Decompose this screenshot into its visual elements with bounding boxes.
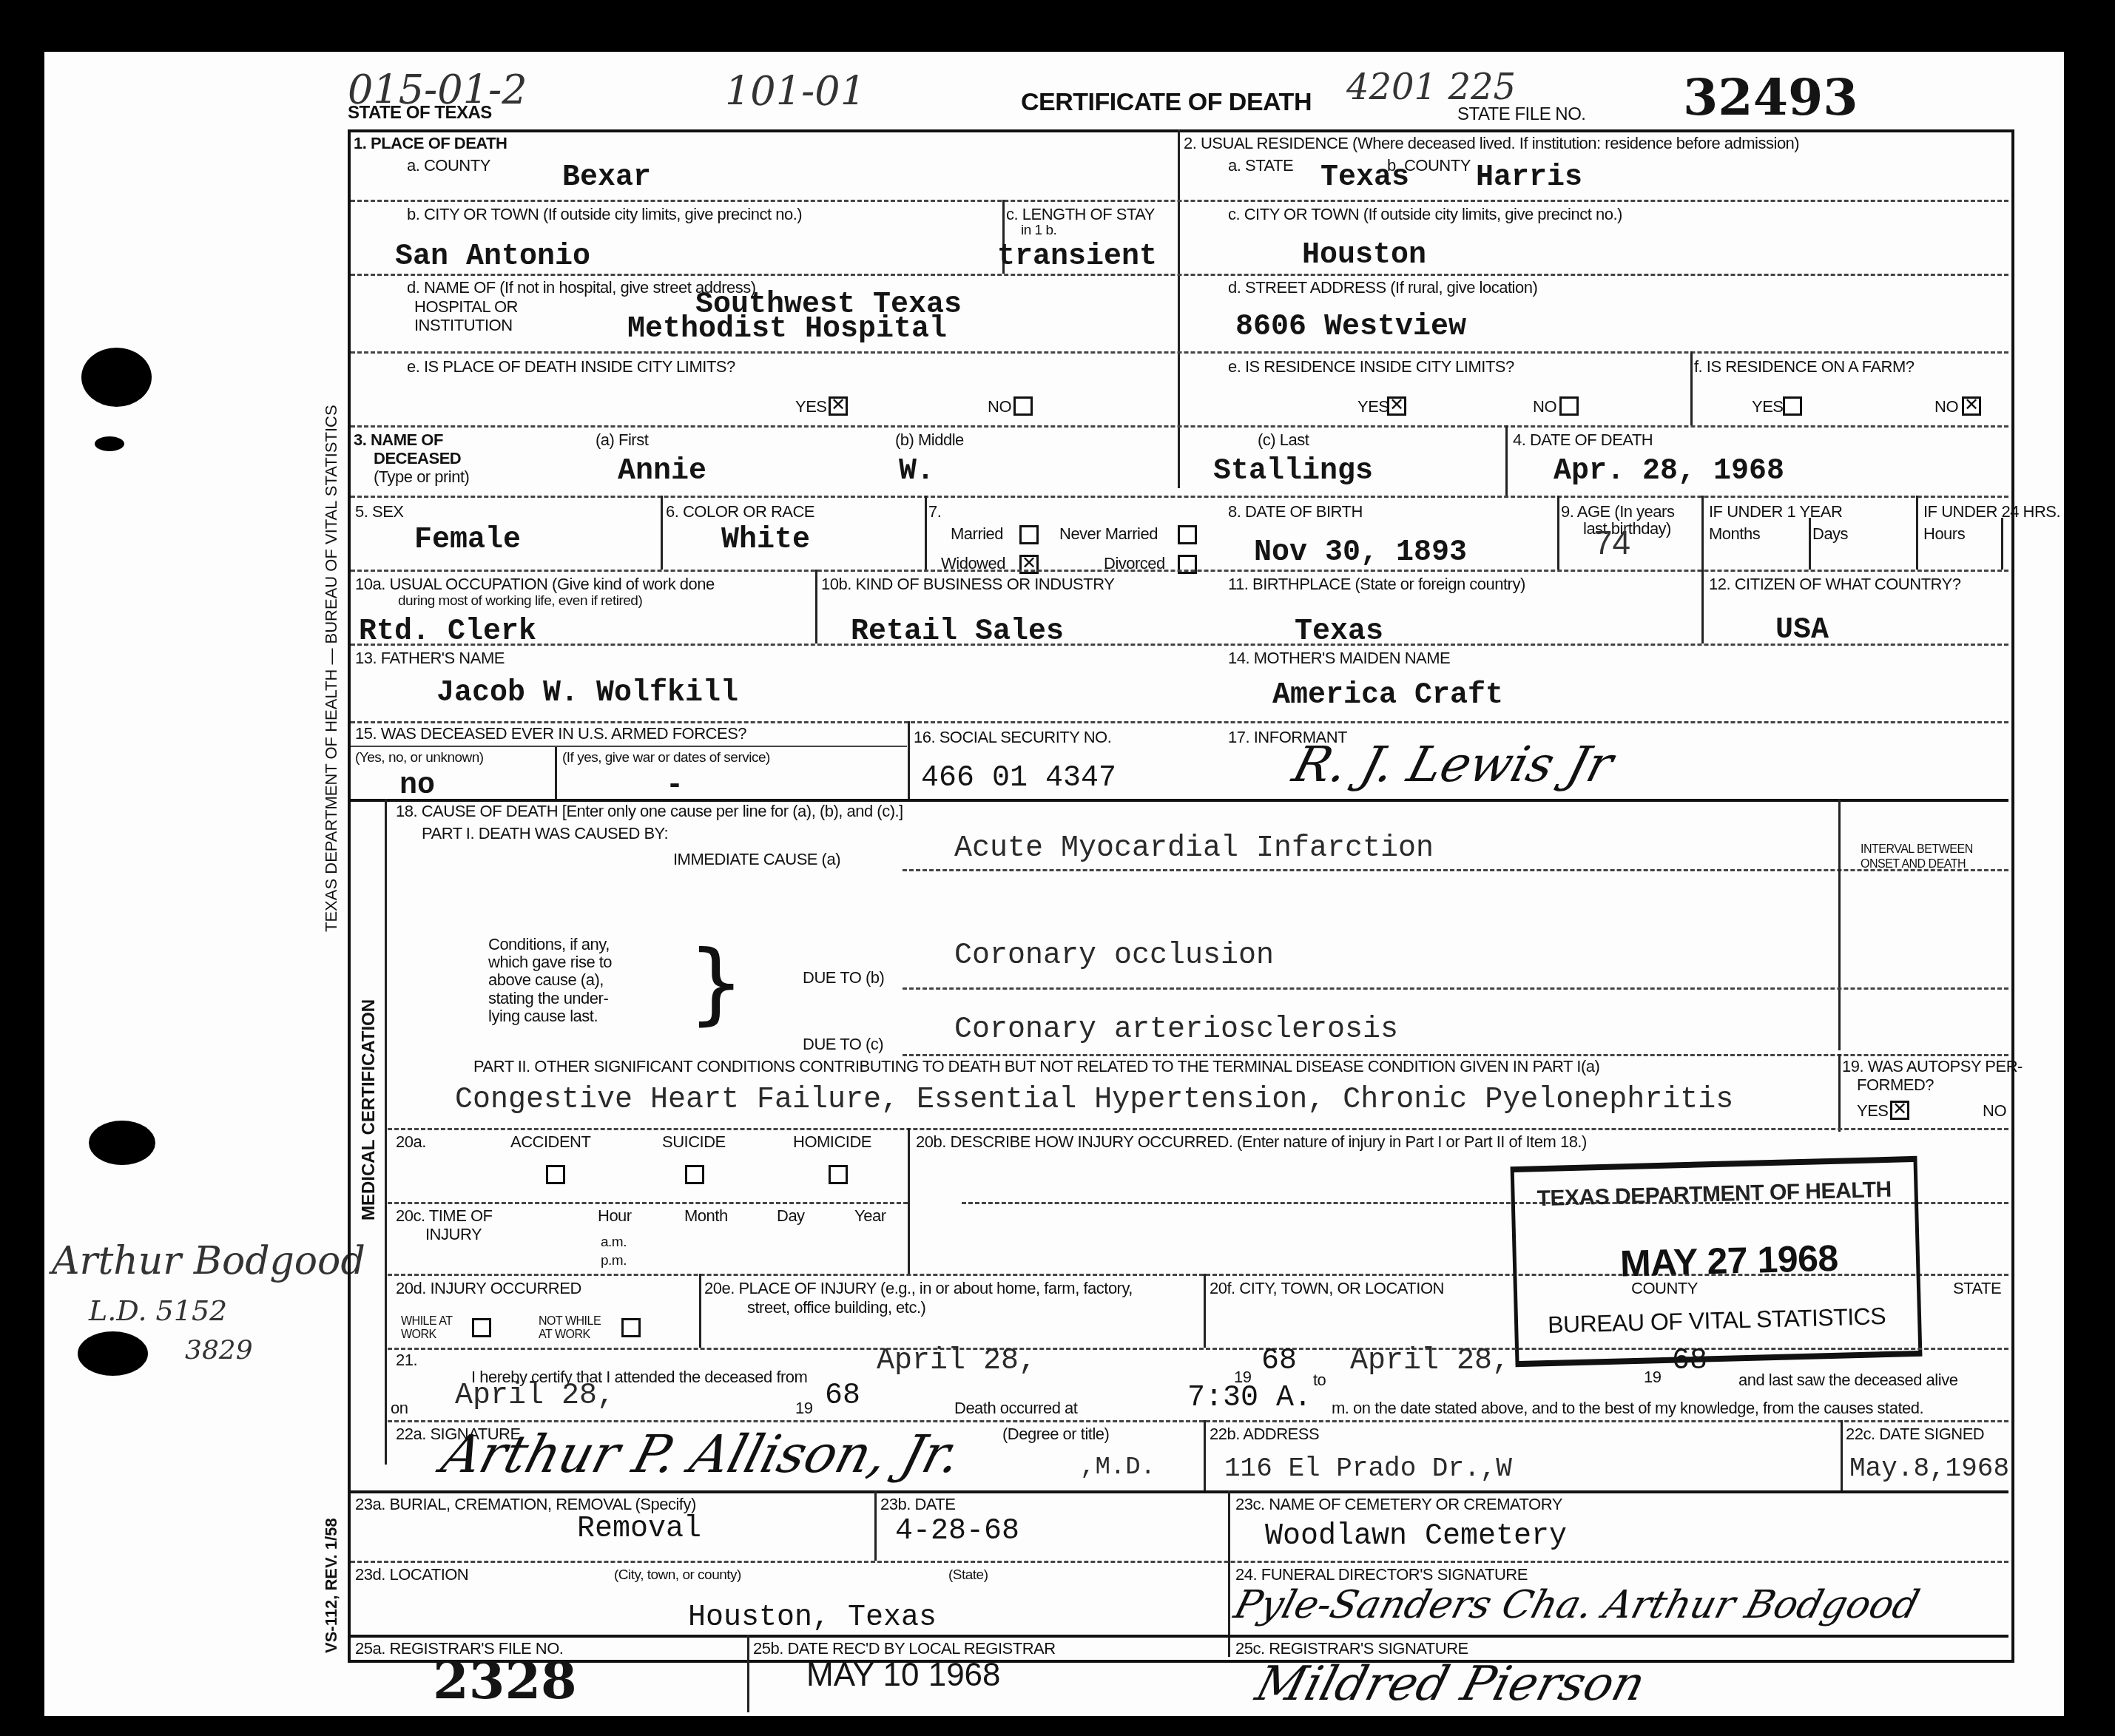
injury-describe-label: 20b. DESCRIBE HOW INJURY OCCURRED. (Ente… xyxy=(916,1133,1587,1151)
stamp-bureau: BUREAU OF VITAL STATISTICS xyxy=(1548,1303,1886,1338)
occupation-label-2: during most of working life, even if ret… xyxy=(398,594,642,609)
disposition-method-value: Removal xyxy=(577,1513,701,1546)
divider xyxy=(1916,496,1918,570)
ssn-value: 466 01 4347 xyxy=(921,762,1116,795)
cemetery-value: Woodlawn Cemetery xyxy=(1265,1520,1567,1553)
divider xyxy=(1505,425,1508,496)
place-city-value: San Antonio xyxy=(395,240,590,274)
last-seen-year: 68 xyxy=(825,1379,860,1413)
residence-state-label: a. STATE xyxy=(1228,157,1293,175)
time-of-injury-label: 20c. TIME OF xyxy=(396,1207,493,1225)
divider xyxy=(351,570,2008,572)
divider xyxy=(815,570,817,644)
hospital-name-line-2: Methodist Hospital xyxy=(627,313,947,346)
autopsy-yes-label: YES xyxy=(1857,1102,1889,1120)
divider xyxy=(351,721,2008,723)
handwritten-code-2: 101-01 xyxy=(725,68,866,115)
deceased-name-label-3: (Type or print) xyxy=(374,468,469,486)
place-inside-no-label: NO xyxy=(988,398,1011,416)
state-file-label: STATE FILE NO. xyxy=(1457,105,1585,124)
divider xyxy=(747,1635,749,1712)
stay-value: transient xyxy=(997,240,1157,274)
divider xyxy=(351,200,2008,202)
date-of-death-value: Apr. 28, 1968 xyxy=(1554,455,1784,488)
marital-never-label: Never Married xyxy=(1059,525,1158,543)
divider xyxy=(351,1490,2008,1493)
race-value: White xyxy=(721,524,810,557)
county-label: a. COUNTY xyxy=(407,157,490,175)
marital-married-checkbox[interactable] xyxy=(1019,525,1039,544)
while-at-work-checkbox[interactable] xyxy=(472,1318,491,1337)
margin-handwriting-name: Arthur Bodgood xyxy=(52,1239,365,1283)
middle-name-value: W. xyxy=(899,455,934,488)
place-inside-yes-label: YES xyxy=(795,398,827,416)
conditions-note: Conditions, if any, which gave rise to a… xyxy=(488,936,612,1025)
punch-hole-bottom xyxy=(78,1331,148,1376)
hospital-label-2: HOSPITAL OR xyxy=(414,298,518,316)
disposition-date-label: 23b. DATE xyxy=(880,1496,955,1513)
armed-war-label: (If yes, give war or dates of service) xyxy=(562,751,770,766)
accident-label: ACCIDENT xyxy=(510,1133,590,1151)
divider xyxy=(351,351,2008,354)
divider xyxy=(351,746,907,747)
farm-yes-checkbox[interactable] xyxy=(1783,396,1802,416)
divider xyxy=(388,1348,2008,1350)
date-of-death-label: 4. DATE OF DEATH xyxy=(1513,431,1653,449)
residence-street-value: 8606 Westview xyxy=(1235,311,1466,344)
divider xyxy=(903,987,2008,990)
year-label: Year xyxy=(854,1207,886,1225)
suicide-checkbox[interactable] xyxy=(685,1165,704,1184)
residence-city-label: c. CITY OR TOWN (If outside city limits,… xyxy=(1228,206,1622,223)
date-signed-value: May.8,1968 xyxy=(1849,1453,2009,1484)
place-of-injury-label-2: street, office building, etc.) xyxy=(747,1299,925,1317)
farm-no-checkbox[interactable] xyxy=(1962,396,1981,416)
divider xyxy=(388,1202,908,1204)
divider xyxy=(351,644,2008,646)
deceased-name-label-2: DECEASED xyxy=(374,450,461,467)
age-value: 74 xyxy=(1594,525,1630,562)
punch-hole-top xyxy=(81,348,152,407)
ssn-label: 16. SOCIAL SECURITY NO. xyxy=(914,729,1111,746)
location-city-hint: (City, town, or county) xyxy=(614,1568,741,1584)
injury-occurred-label: 20d. INJURY OCCURRED xyxy=(396,1280,581,1297)
first-name-label: (a) First xyxy=(596,431,648,449)
marital-label: 7. xyxy=(928,503,941,521)
days-label: Days xyxy=(1812,525,1848,543)
brace-icon: } xyxy=(688,939,744,1028)
informant-signature: R. J. Lewis Jr xyxy=(1287,736,1619,793)
armed-forces-label: 15. WAS DECEASED EVER IN U.S. ARMED FORC… xyxy=(355,725,746,743)
divider xyxy=(385,799,387,1465)
deceased-name-label: 3. NAME OF xyxy=(354,431,443,449)
autopsy-label-2: FORMED? xyxy=(1857,1076,1934,1094)
under-1-year-label: IF UNDER 1 YEAR xyxy=(1709,503,1842,521)
interval-label: INTERVAL BETWEEN xyxy=(1861,843,1973,857)
months-label: Months xyxy=(1709,525,1760,543)
divider xyxy=(351,425,2008,428)
divider xyxy=(1701,496,1704,570)
due-to-c-label: DUE TO (c) xyxy=(803,1036,883,1053)
time-of-injury-label-2: INJURY xyxy=(425,1226,482,1243)
birthplace-label: 11. BIRTHPLACE (State or foreign country… xyxy=(1228,575,1525,593)
divider xyxy=(908,721,910,800)
stamp-date: MAY 27 1968 xyxy=(1619,1238,1838,1285)
middle-name-label: (b) Middle xyxy=(895,431,964,449)
dob-value: Nov 30, 1893 xyxy=(1254,536,1467,570)
under-24-hrs-label: IF UNDER 24 HRS. xyxy=(1923,503,2060,521)
hospital-label-3: INSTITUTION xyxy=(414,317,513,334)
month-label: Month xyxy=(684,1207,728,1225)
physician-address: 116 El Prado Dr.,W xyxy=(1224,1453,1512,1484)
armed-war-value: - xyxy=(666,769,684,803)
date-received-value: MAY 10 1968 xyxy=(806,1657,1001,1694)
am-label: a.m. xyxy=(601,1235,627,1251)
death-occurred-label: Death occurred at xyxy=(954,1399,1077,1417)
suicide-label: SUICIDE xyxy=(662,1133,726,1151)
citizen-value: USA xyxy=(1775,614,1829,647)
divider xyxy=(1557,496,1559,570)
injury-type-label: 20a. xyxy=(396,1133,426,1151)
death-time: 7:30 A. xyxy=(1187,1382,1312,1415)
residence-inside-no-checkbox[interactable] xyxy=(1559,396,1579,416)
stay-label-2: in 1 b. xyxy=(1021,223,1056,239)
location-label: 23d. LOCATION xyxy=(355,1566,468,1584)
not-at-work-label: NOT WHILE xyxy=(539,1315,601,1328)
date-received-label: 25b. DATE REC'D BY LOCAL REGISTRAR xyxy=(753,1640,1056,1658)
death-certificate-page: Arthur Bodgood L.D. 5152 3829 TEXAS DEPA… xyxy=(44,52,2064,1716)
divider xyxy=(925,496,927,570)
part1-label: PART I. DEATH WAS CAUSED BY: xyxy=(422,825,668,842)
divider xyxy=(903,1054,2008,1056)
not-at-work-checkbox[interactable] xyxy=(621,1318,641,1337)
sex-value: Female xyxy=(414,524,521,557)
conditions-note-line: stating the under- xyxy=(488,990,612,1007)
farm-label: f. IS RESIDENCE ON A FARM? xyxy=(1694,358,1915,376)
margin-handwriting-ld: L.D. 5152 xyxy=(89,1294,227,1327)
not-at-work-label-2: AT WORK xyxy=(539,1328,590,1342)
registrar-file-value: 2328 xyxy=(433,1649,577,1711)
to-year: 68 xyxy=(1672,1345,1707,1378)
department-side-label: TEXAS DEPARTMENT OF HEALTH — BUREAU OF V… xyxy=(322,405,341,932)
margin-handwriting-number: 3829 xyxy=(185,1335,253,1365)
degree-label: (Degree or title) xyxy=(1002,1425,1109,1443)
residence-inside-limits-label: e. IS RESIDENCE INSIDE CITY LIMITS? xyxy=(1228,358,1514,376)
farm-no-label: NO xyxy=(1934,398,1958,416)
occupation-label: 10a. USUAL OCCUPATION (Give kind of work… xyxy=(355,575,715,593)
to-year-prefix: 19 xyxy=(1644,1368,1661,1386)
conditions-note-line: Conditions, if any, xyxy=(488,936,612,953)
last-name-label: (c) Last xyxy=(1258,431,1309,449)
divider xyxy=(699,1274,701,1348)
certification-text-2: and last saw the deceased alive xyxy=(1738,1371,1957,1389)
father-value: Jacob W. Wolfkill xyxy=(436,677,738,710)
first-name-value: Annie xyxy=(618,455,706,488)
armed-yn-label: (Yes, no, or unknown) xyxy=(355,751,484,766)
autopsy-yes-checkbox[interactable] xyxy=(1890,1101,1909,1120)
dob-label: 8. DATE OF BIRTH xyxy=(1228,503,1363,521)
divider xyxy=(903,869,2008,871)
race-label: 6. COLOR OR RACE xyxy=(666,503,814,521)
last-seen-date: April 28, xyxy=(455,1379,615,1413)
physician-signature: Arthur P. Allison, Jr. xyxy=(436,1424,968,1485)
day-label: Day xyxy=(777,1207,805,1225)
residence-label: 2. USUAL RESIDENCE (Where deceased lived… xyxy=(1184,135,1799,152)
degree-value: ,M.D. xyxy=(1080,1453,1156,1482)
father-label: 13. FATHER'S NAME xyxy=(355,649,505,667)
marital-married-label: Married xyxy=(951,525,1003,543)
divider xyxy=(1809,518,1811,570)
divider xyxy=(661,496,663,570)
received-stamp: TEXAS DEPARTMENT OF HEALTH MAY 27 1968 B… xyxy=(1511,1156,1923,1367)
hour-label: Hour xyxy=(598,1207,632,1225)
divider xyxy=(1690,351,1693,425)
state-file-number: 32493 xyxy=(1683,68,1858,127)
registrar-signature-label: 25c. REGISTRAR'S SIGNATURE xyxy=(1235,1640,1468,1658)
residence-city-value: Houston xyxy=(1302,239,1426,272)
date-signed-label: 22c. DATE SIGNED xyxy=(1846,1425,1984,1443)
state-of-texas-label: STATE OF TEXAS xyxy=(348,104,492,123)
location-value: Houston, Texas xyxy=(688,1601,937,1635)
accident-checkbox[interactable] xyxy=(546,1165,565,1184)
divider xyxy=(2001,518,2003,570)
stamp-department: TEXAS DEPARTMENT OF HEALTH xyxy=(1537,1178,1892,1212)
funeral-director-signature: Pyle-Sanders Cha. Arthur Bodgood xyxy=(1229,1583,1924,1627)
conditions-note-line: above cause (a), xyxy=(488,971,612,989)
due-to-b-value: Coronary occlusion xyxy=(954,939,1274,973)
immediate-cause-label: IMMEDIATE CAUSE (a) xyxy=(673,851,840,868)
funeral-director-label: 24. FUNERAL DIRECTOR'S SIGNATURE xyxy=(1235,1566,1528,1584)
place-city-label: b. CITY OR TOWN (If outside city limits,… xyxy=(407,206,802,223)
immediate-cause-value: Acute Myocardial Infarction xyxy=(954,832,1434,865)
part2-label: PART II. OTHER SIGNIFICANT CONDITIONS CO… xyxy=(473,1058,1599,1075)
location-state-hint: (State) xyxy=(948,1568,988,1584)
industry-label: 10b. KIND OF BUSINESS OR INDUSTRY xyxy=(821,575,1114,593)
residence-inside-no-label: NO xyxy=(1533,398,1556,416)
age-label: 9. AGE (In years xyxy=(1561,503,1674,521)
divider xyxy=(1701,570,1704,644)
handwritten-code-3: 4201 225 xyxy=(1346,67,1516,108)
cause-section-label: 18. CAUSE OF DEATH [Enter only one cause… xyxy=(396,803,903,820)
street-address-label: d. STREET ADDRESS (If rural, give locati… xyxy=(1228,279,1537,297)
due-to-b-label: DUE TO (b) xyxy=(803,969,884,987)
homicide-checkbox[interactable] xyxy=(829,1165,848,1184)
divider xyxy=(1838,1054,1841,1132)
conditions-note-line: which gave rise to xyxy=(488,953,612,971)
attended-from-date: April 28, xyxy=(877,1345,1036,1378)
place-of-injury-label: 20e. PLACE OF INJURY (e.g., in or about … xyxy=(704,1280,1133,1297)
to-label: to xyxy=(1313,1371,1326,1389)
stay-label: c. LENGTH OF STAY xyxy=(1006,206,1155,223)
autopsy-no-label: NO xyxy=(1983,1102,2006,1120)
punch-hole-middle xyxy=(89,1121,155,1165)
divider xyxy=(388,1128,2008,1130)
divider xyxy=(874,1490,877,1561)
attended-to-date: April 28, xyxy=(1350,1345,1510,1378)
divider xyxy=(908,1128,910,1276)
divider xyxy=(351,1561,2008,1563)
conditions-note-line: lying cause last. xyxy=(488,1007,612,1025)
mother-value: America Craft xyxy=(1272,679,1503,712)
form-number-side-label: VS-112, REV. 1/58 xyxy=(322,1518,341,1653)
mother-label: 14. MOTHER'S MAIDEN NAME xyxy=(1228,649,1450,667)
place-of-death-label: 1. PLACE OF DEATH xyxy=(354,135,507,152)
while-at-work-label: WHILE AT xyxy=(401,1315,453,1328)
from-year: 68 xyxy=(1261,1345,1297,1378)
place-inside-no-checkbox[interactable] xyxy=(1013,396,1033,416)
divider xyxy=(351,1635,2008,1638)
last-seen-year-prefix: 19 xyxy=(795,1399,812,1417)
interval-label-2: ONSET AND DEATH xyxy=(1861,858,1966,871)
residence-county-label: b. COUNTY xyxy=(1387,157,1471,175)
citizen-label: 12. CITIZEN OF WHAT COUNTRY? xyxy=(1709,575,1960,593)
cemetery-label: 23c. NAME OF CEMETERY OR CREMATORY xyxy=(1235,1496,1562,1513)
divider xyxy=(555,747,557,800)
residence-inside-yes-checkbox[interactable] xyxy=(1387,396,1406,416)
last-name-value: Stallings xyxy=(1213,455,1373,488)
disposition-date-value: 4-28-68 xyxy=(895,1515,1019,1548)
divider xyxy=(388,1420,2008,1422)
hours-label: Hours xyxy=(1923,525,1965,543)
homicide-label: HOMICIDE xyxy=(793,1133,871,1151)
disposition-method-label: 23a. BURIAL, CREMATION, REMOVAL (Specify… xyxy=(355,1496,696,1513)
divider xyxy=(1841,1420,1843,1490)
certification-text-3: m. on the date stated above, and to the … xyxy=(1332,1399,1923,1417)
certification-number: 21. xyxy=(396,1351,417,1369)
punch-hole-small xyxy=(95,436,124,451)
while-at-work-label-2: WORK xyxy=(401,1328,436,1342)
divider xyxy=(1838,799,1841,1050)
injury-location-label: 20f. CITY, TOWN, OR LOCATION xyxy=(1210,1280,1444,1297)
residence-county-value: Harris xyxy=(1476,161,1582,195)
marital-never-checkbox[interactable] xyxy=(1178,525,1197,544)
injury-state-label: STATE xyxy=(1953,1280,2001,1297)
place-inside-yes-checkbox[interactable] xyxy=(829,396,848,416)
on-label: on xyxy=(391,1399,408,1417)
place-inside-limits-label: e. IS PLACE OF DEATH INSIDE CITY LIMITS? xyxy=(407,358,735,376)
due-to-c-value: Coronary arteriosclerosis xyxy=(954,1013,1398,1047)
registrar-signature: Mildred Pierson xyxy=(1250,1657,1651,1712)
place-county-value: Bexar xyxy=(562,161,651,195)
sex-label: 5. SEX xyxy=(355,503,403,521)
pm-label: p.m. xyxy=(601,1254,627,1269)
divider xyxy=(1228,1490,1230,1657)
divider xyxy=(351,496,2008,498)
divider xyxy=(1204,1420,1206,1490)
certificate-title: CERTIFICATE OF DEATH xyxy=(1021,89,1312,116)
armed-yn-value: no xyxy=(399,769,435,803)
divider xyxy=(351,274,2008,276)
part2-value: Congestive Heart Failure, Essential Hype… xyxy=(455,1084,1733,1117)
farm-yes-label: YES xyxy=(1752,398,1784,416)
address-label: 22b. ADDRESS xyxy=(1210,1425,1319,1443)
residence-inside-yes-label: YES xyxy=(1357,398,1389,416)
divider xyxy=(1178,129,1180,488)
divider xyxy=(1204,1274,1206,1348)
autopsy-label: 19. WAS AUTOPSY PER- xyxy=(1842,1058,2023,1075)
